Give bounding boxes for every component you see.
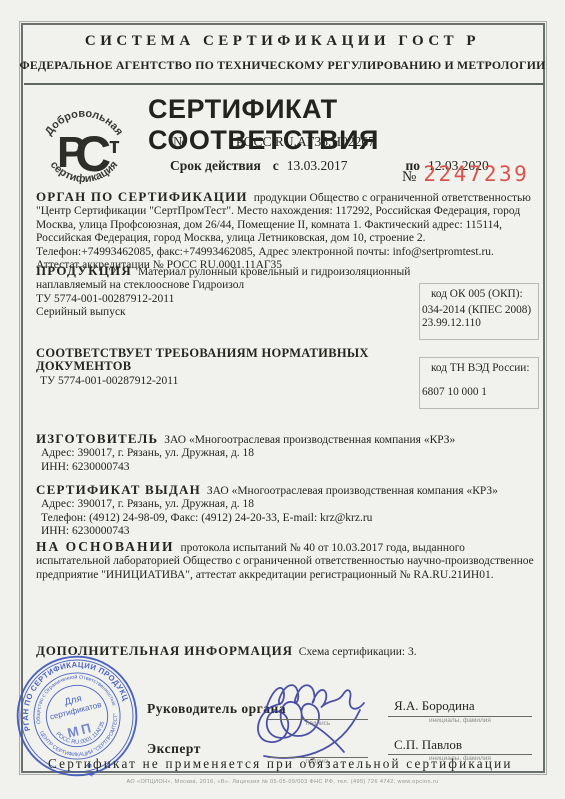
issued-to-heading: СЕРТИФИКАТ ВЫДАН xyxy=(36,482,201,497)
section-certification-body: ОРГАН ПО СЕРТИФИКАЦИИпродукции Общество … xyxy=(36,190,537,272)
product-line-3: ТУ 5774-001-00287912-2011 xyxy=(36,293,414,306)
conformity-document: ТУ 5774-001-00287912-2011 xyxy=(40,375,414,388)
product-heading: ПРОДУКЦИЯ xyxy=(36,263,132,278)
issued-to-address: Адрес: 390017, г. Рязань, ул. Дружная, д… xyxy=(36,498,538,511)
section-conformity: СООТВЕТСТВУЕТ ТРЕБОВАНИЯМ НОРМАТИВНЫХ ДО… xyxy=(36,347,414,388)
blank-number-row: №2247239 xyxy=(402,162,529,186)
manufacturer-address: Адрес: 390017, г. Рязань, ул. Дружная, д… xyxy=(36,447,538,460)
certificate-page: СИСТЕМА СЕРТИФИКАЦИИ ГОСТ Р ФЕДЕРАЛЬНОЕ … xyxy=(0,0,565,799)
section-basis: НА ОСНОВАНИИпротокола испытаний № 40 от … xyxy=(36,540,540,582)
head-name: Я.А. Бородина xyxy=(394,698,475,714)
head-signature-caption: подпись xyxy=(268,720,368,727)
not-for-mandatory-note: Сертификат не применяется при обязательн… xyxy=(48,756,540,772)
expert-name: С.П. Павлов xyxy=(394,737,462,753)
signer-role-expert: Эксперт xyxy=(147,741,201,757)
head-name-caption: инициалы, фамилия xyxy=(388,717,532,724)
manufacturer-name: ЗАО «Многоотраслевая производственная ко… xyxy=(164,434,455,446)
section-manufacturer: ИЗГОТОВИТЕЛЬЗАО «Многоотраслевая произво… xyxy=(36,432,538,474)
section-product: ПРОДУКЦИЯМатериал рулонный кровельный и … xyxy=(36,264,414,320)
validity-label: Срок действия xyxy=(170,158,261,173)
print-house-footer: АО «ОПЦИОН», Москва, 2016, «В». Лицензия… xyxy=(0,779,565,785)
okp-code-label: код ОК 005 (ОКП): xyxy=(422,288,536,301)
manufacturer-heading: ИЗГОТОВИТЕЛЬ xyxy=(36,431,158,446)
product-line-1: Материал рулонный кровельный и гидроизол… xyxy=(138,266,411,278)
issued-to-contacts: Телефон: (4912) 24-98-09, Факс: (4912) 2… xyxy=(36,512,538,525)
blank-number: 2247239 xyxy=(423,162,529,186)
issued-to-name: ЗАО «Многоотраслевая производственная ко… xyxy=(207,485,498,497)
manufacturer-inn: ИНН: 6230000743 xyxy=(36,461,538,474)
okp-code-value-2: 23.99.12.110 xyxy=(422,317,536,330)
registration-number-row: №РОСС RU.АГ35.Н02267 xyxy=(173,134,375,150)
rst-certification-logo-icon: Добровольная сертификация Р С т xyxy=(33,90,135,194)
product-line-2: наплавляемый на стеклооснове Гидроизол xyxy=(36,279,414,292)
okp-code-box: код ОК 005 (ОКП): 034-2014 (КПЕС 2008) 2… xyxy=(419,283,539,340)
okp-code-value-1: 034-2014 (КПЕС 2008) xyxy=(422,304,536,317)
tnved-code-box: код ТН ВЭД России: 6807 10 000 1 xyxy=(419,357,539,409)
basis-heading: НА ОСНОВАНИИ xyxy=(36,539,174,554)
agency-title: ФЕДЕРАЛЬНОЕ АГЕНТСТВО ПО ТЕХНИЧЕСКОМУ РЕ… xyxy=(0,58,565,73)
logo-letter-t: т xyxy=(109,133,120,158)
conformity-heading: СООТВЕТСТВУЕТ ТРЕБОВАНИЯМ НОРМАТИВНЫХ ДО… xyxy=(36,347,414,374)
header-divider xyxy=(24,83,544,85)
additional-info-text: Схема сертификации: 3. xyxy=(299,646,417,658)
expert-signature-scribble xyxy=(246,692,386,764)
tnved-code-value: 6807 10 000 1 xyxy=(422,386,536,399)
from-label: с xyxy=(273,158,279,173)
issued-to-inn: ИНН: 6230000743 xyxy=(36,525,538,538)
certification-body-heading: ОРГАН ПО СЕРТИФИКАЦИИ xyxy=(36,189,248,204)
tnved-code-label: код ТН ВЭД России: xyxy=(422,362,536,375)
system-title: СИСТЕМА СЕРТИФИКАЦИИ ГОСТ Р xyxy=(0,33,565,50)
valid-from-date: 13.03.2017 xyxy=(287,158,348,173)
registration-number: РОСС RU.АГ35.Н02267 xyxy=(236,134,375,149)
section-issued-to: СЕРТИФИКАТ ВЫДАНЗАО «Многоотраслевая про… xyxy=(36,483,538,539)
logo-letter-c: С xyxy=(75,126,111,182)
product-line-4: Серийный выпуск xyxy=(36,306,414,319)
blank-number-sign: № xyxy=(402,169,416,185)
number-sign: № xyxy=(173,134,186,149)
